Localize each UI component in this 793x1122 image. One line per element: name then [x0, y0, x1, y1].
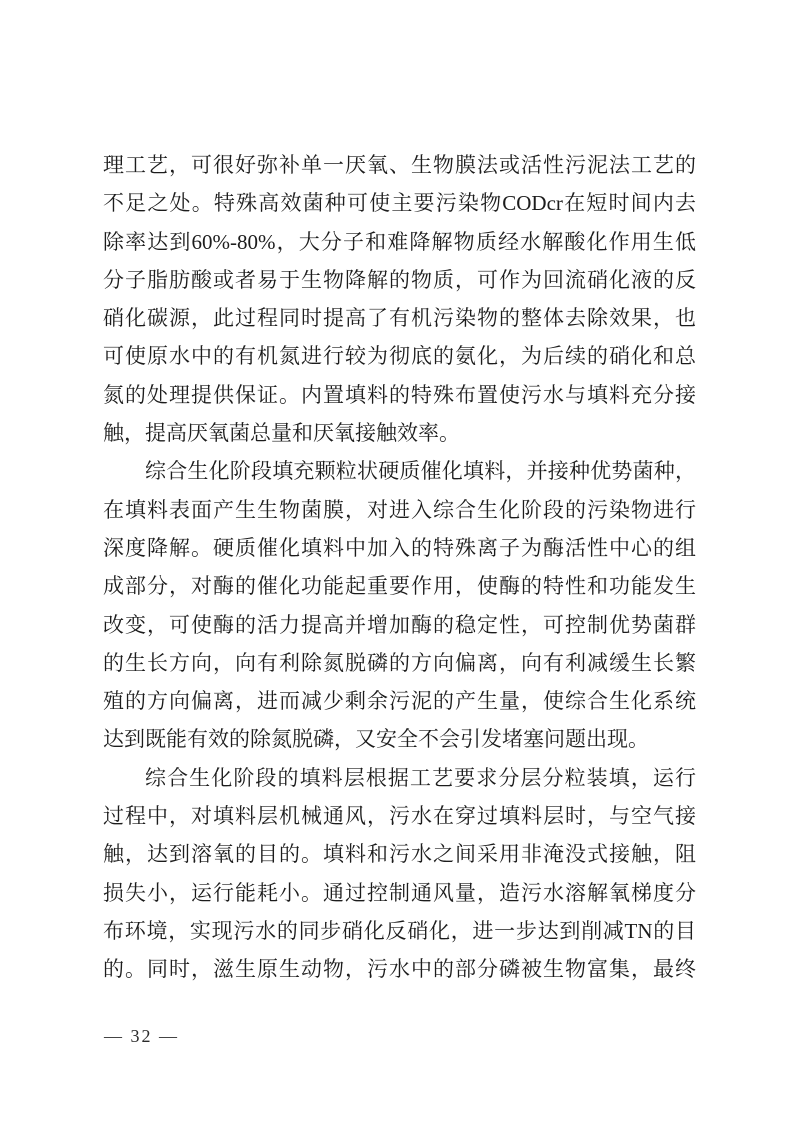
paragraph-3: 综合生化阶段的填料层根据工艺要求分层分粒装填，运行 过程中，对填料层机械通风，污… [103, 759, 696, 989]
text-line: 综合生化阶段填充颗粒状硬质催化填料，并接种优势菌种， [103, 452, 696, 490]
text-line: 除率达到60%-80%，大分子和难降解物质经水解酸化作用生低 [103, 223, 696, 261]
text-line: 理工艺，可很好弥补单一厌氧、生物膜法或活性污泥法工艺的 [103, 146, 696, 184]
text-line: 触，提高厌氧菌总量和厌氧接触效率。 [103, 414, 696, 452]
text-line: 达到既能有效的除氮脱磷，又安全不会引发堵塞问题出现。 [103, 720, 696, 758]
text-line: 在填料表面产生生物菌膜，对进入综合生化阶段的污染物进行 [103, 491, 696, 529]
text-line: 触，达到溶氧的目的。填料和污水之间采用非淹没式接触，阻 [103, 835, 696, 873]
page-number: — 32 — [104, 1026, 179, 1047]
text-line: 的。同时，滋生原生动物，污水中的部分磷被生物富集，最终 [103, 950, 696, 988]
text-line: 综合生化阶段的填料层根据工艺要求分层分粒装填，运行 [103, 759, 696, 797]
text-line: 硝化碳源，此过程同时提高了有机污染物的整体去除效果，也 [103, 299, 696, 337]
text-line: 分子脂肪酸或者易于生物降解的物质，可作为回流硝化液的反 [103, 261, 696, 299]
text-block: 理工艺，可很好弥补单一厌氧、生物膜法或活性污泥法工艺的 不足之处。特殊高效菌种可… [103, 146, 696, 989]
text-line: 过程中，对填料层机械通风，污水在穿过填料层时，与空气接 [103, 797, 696, 835]
paragraph-2: 综合生化阶段填充颗粒状硬质催化填料，并接种优势菌种， 在填料表面产生生物菌膜，对… [103, 452, 696, 758]
text-line: 改变，可使酶的活力提高并增加酶的稳定性，可控制优势菌群 [103, 606, 696, 644]
text-line: 殖的方向偏离，进而减少剩余污泥的产生量，使综合生化系统 [103, 682, 696, 720]
text-line: 损失小，运行能耗小。通过控制通风量，造污水溶解氧梯度分 [103, 874, 696, 912]
text-line: 布环境，实现污水的同步硝化反硝化，进一步达到削减TN的目 [103, 912, 696, 950]
text-line: 可使原水中的有机氮进行较为彻底的氨化，为后续的硝化和总 [103, 337, 696, 375]
text-line: 深度降解。硬质催化填料中加入的特殊离子为酶活性中心的组 [103, 529, 696, 567]
paragraph-1: 理工艺，可很好弥补单一厌氧、生物膜法或活性污泥法工艺的 不足之处。特殊高效菌种可… [103, 146, 696, 452]
text-line: 不足之处。特殊高效菌种可使主要污染物CODcr在短时间内去 [103, 184, 696, 222]
text-line: 成部分，对酶的催化功能起重要作用，使酶的特性和功能发生 [103, 567, 696, 605]
document-page: 理工艺，可很好弥补单一厌氧、生物膜法或活性污泥法工艺的 不足之处。特殊高效菌种可… [0, 0, 793, 1122]
text-line: 氮的处理提供保证。内置填料的特殊布置使污水与填料充分接 [103, 376, 696, 414]
text-line: 的生长方向，向有利除氮脱磷的方向偏离，向有利减缓生长繁 [103, 644, 696, 682]
